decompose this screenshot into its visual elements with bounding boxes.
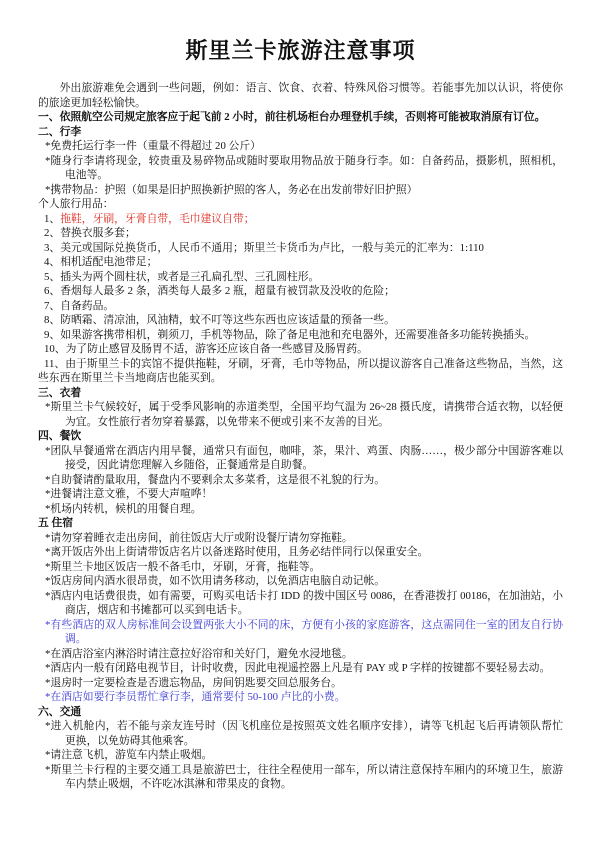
list-item: 5、插头为两个圆柱状，或者是三孔扁孔型、三孔圆柱形。: [38, 270, 563, 285]
section-heading-transport: 六、交通: [38, 705, 563, 720]
notice-airline-checkin: 一、依照航空公司规定旅客应于起飞前 2 小时，前往机场柜台办理登机手续，否则将可…: [38, 110, 563, 125]
list-item: 6、香烟每人最多 2 条，酒类每人最多 2 瓶，超量有被罚款及没收的危险；: [38, 284, 563, 299]
document-page: 斯里兰卡旅游注意事项 外出旅游难免会遇到一些问题，例如：语言、饮食、衣着、特殊风…: [0, 0, 595, 842]
intro-paragraph: 外出旅游难免会遇到一些问题，例如：语言、饮食、衣着、特殊风俗习惯等。若能事先加以…: [38, 81, 563, 110]
list-item: *离开饭店外出上街请带饭店名片以备迷路时使用，且务必结伴同行以保重安全。: [38, 545, 563, 560]
list-item: 7、自备药品。: [38, 299, 563, 314]
section-heading-clothing: 三、衣着: [38, 386, 563, 401]
list-item: 3、美元或国际兑换货币，人民币不通用；斯里兰卡货币为卢比，一般与美元的汇率为：1…: [38, 241, 563, 256]
list-item: *退房时一定要检查是否遗忘物品，房间钥匙要交回总服务台。: [38, 676, 563, 691]
list-item: *在酒店浴室内淋浴时请注意拉好浴帘和关好门，避免水浸地毯。: [38, 647, 563, 662]
list-item: 4、相机适配电池带足；: [38, 255, 563, 270]
list-item: *酒店内一般有闭路电视节目，计时收费，因此电视遥控器上凡是有 PAY 或 P 字…: [38, 661, 563, 676]
list-item: 2、替换衣服多套；: [38, 226, 563, 241]
list-item: *团队早餐通常在酒店内用早餐，通常只有面包，咖啡，茶，果汁、鸡蛋、肉肠……，极少…: [38, 444, 563, 473]
list-item: *自助餐请酌量取用，餐盘内不要剩余太多菜肴，这是很不礼貌的行为。: [38, 473, 563, 488]
list-item: *在酒店如要行李员帮忙拿行李，通常要付 50-100 卢比的小费。: [38, 690, 563, 705]
list-item: *请注意飞机，游览车内禁止吸烟。: [38, 748, 563, 763]
personal-items-label: 个人旅行用品：: [38, 197, 563, 212]
page-title: 斯里兰卡旅游注意事项: [38, 36, 563, 66]
list-item: *免费托运行李一件（重量不得超过 20 公斤）: [38, 139, 563, 154]
section-heading-baggage: 二、行李: [38, 125, 563, 140]
list-item: 9、如果游客携带相机，剃须刀，手机等物品，除了备足电池和充电器外，还需要准备多功…: [38, 328, 563, 343]
list-item: 11、由于斯里兰卡的宾馆不提供拖鞋，牙刷，牙膏，毛巾等物品，所以提议游客自己准备…: [38, 357, 563, 386]
list-item: *请勿穿着睡衣走出房间，前往饭店大厅或附设餐厅请勿穿拖鞋。: [38, 531, 563, 546]
list-item: *斯里兰卡行程的主要交通工具是旅游巴士，往往全程使用一部车，所以请注意保持车厢内…: [38, 763, 563, 792]
list-item: 1、拖鞋，牙刷，牙膏自带，毛巾建议自带；: [38, 212, 563, 227]
list-item: *机场内转机，候机的用餐自理。: [38, 502, 563, 517]
list-item: *随身行李请将现金，较贵重及易碎物品或随时要取用物品放于随身行李。如：自备药品，…: [38, 154, 563, 183]
list-item: 8、防晒霜、清凉油，风油精，蚊不叮等这些东西也应该适量的预备一些。: [38, 313, 563, 328]
list-item: *进入机舱内，若不能与亲友连号时（因飞机座位是按照英文姓名顺序安排），请等飞机起…: [38, 719, 563, 748]
section-heading-lodging: 五 住宿: [38, 516, 563, 531]
list-item-number: 1、: [44, 213, 60, 225]
list-item: *酒店内电话费很贵，如有需要，可购买电话卡打 IDD 的拨中国区号 0086，在…: [38, 589, 563, 618]
list-item: *有些酒店的双人房标准间会设置两张大小不同的床，方便有小孩的家庭游客，这点需同住…: [38, 618, 563, 647]
list-item: *进餐请注意文雅，不要大声喧哗！: [38, 487, 563, 502]
section-heading-dining: 四、餐饮: [38, 429, 563, 444]
list-item: *饭店房间内酒水很昂贵，如不饮用请务移动，以免酒店电脑自动记帐。: [38, 574, 563, 589]
list-item: *携带物品：护照（如果是旧护照换新护照的客人，务必在出发前带好旧护照）: [38, 183, 563, 198]
list-item: *斯里兰卡气候较好，属于受季风影响的赤道类型，全国平均气温为 26~28 摄氏度…: [38, 400, 563, 429]
list-item: *斯里兰卡地区饭店一般不备毛巾，牙刷，牙膏，拖鞋等。: [38, 560, 563, 575]
list-item: 10、为了防止感冒及肠胃不适，游客还应该自备一些感冒及肠胃药。: [38, 342, 563, 357]
list-item-text: 拖鞋，牙刷，牙膏自带，毛巾建议自带；: [60, 213, 254, 225]
